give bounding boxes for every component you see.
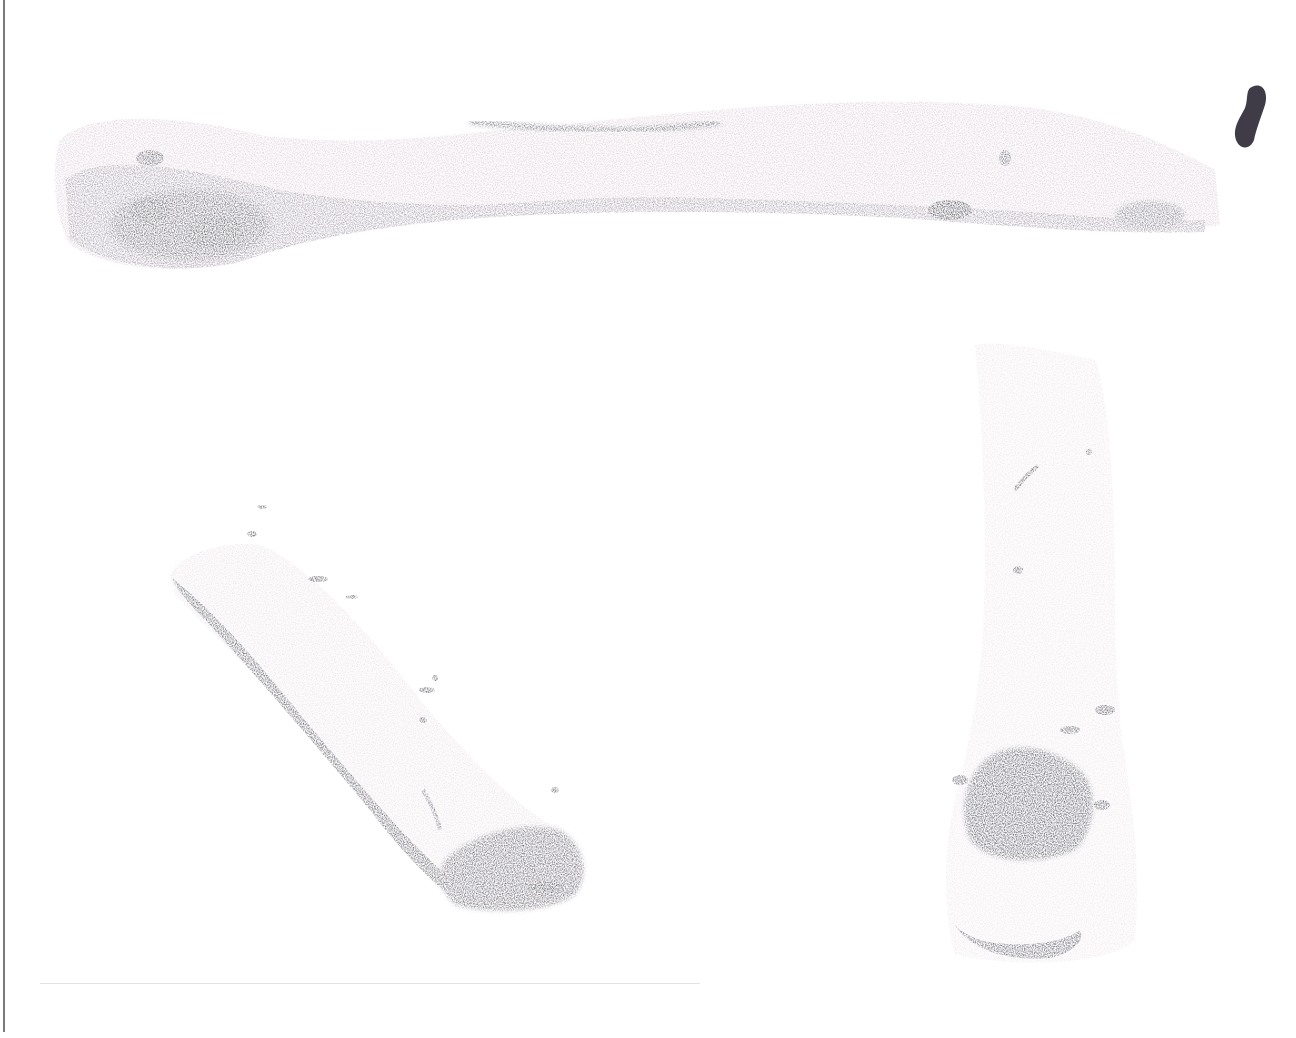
specimen-bottom-right — [946, 344, 1137, 963]
specimen-bottom-left — [170, 505, 584, 911]
specimen-photo — [0, 0, 1296, 1038]
specimen-top-tip — [1235, 85, 1266, 147]
specimen-top — [55, 102, 1220, 269]
